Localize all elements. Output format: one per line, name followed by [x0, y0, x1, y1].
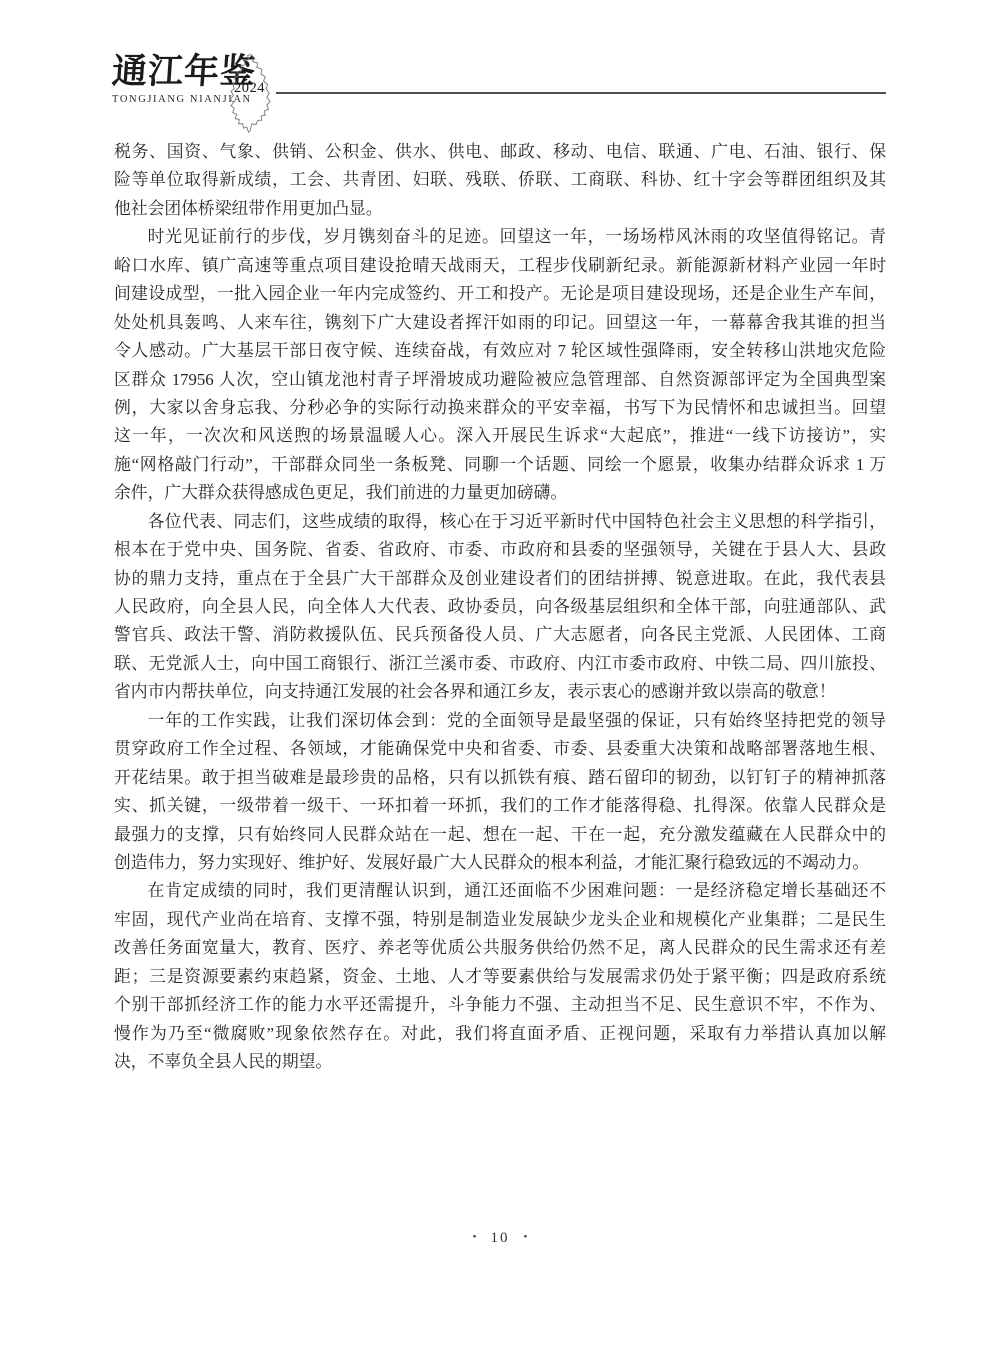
text-line: 实、抓关键，一级带着一级干、一环扣着一环抓，我们的工作才能落得稳、扎得深。依靠人…	[114, 792, 886, 820]
text-line: 各位代表、同志们，这些成绩的取得，核心在于习近平新时代中国特色社会主义思想的科学…	[114, 508, 886, 536]
text-line: 贯穿政府工作全过程、各领域，才能确保党中央和省委、市委、县委重大决策和战略部署落…	[114, 735, 886, 763]
page-header: 通江年鉴 TONGJIANG NIANJIAN 2024	[0, 0, 1000, 140]
text-line: 区群众 17956 人次，空山镇龙池村青子坪滑坡成功避险被应急管理部、自然资源部…	[114, 366, 886, 394]
page-number: 10	[491, 1230, 510, 1246]
text-line: 距；三是资源要素约束趋紧，资金、土地、人才等要素供给与发展需求仍处于紧平衡；四是…	[114, 963, 886, 991]
text-line: 开花结果。敢于担当破难是最珍贵的品格，只有以抓铁有痕、踏石留印的韧劲，以钉钉子的…	[114, 764, 886, 792]
text-line: 峪口水库、镇广高速等重点项目建设抢晴天战雨天，工程步伐刷新纪录。新能源新材料产业…	[114, 252, 886, 280]
page-number-dot-right: •	[524, 1231, 528, 1243]
text-line: 创造伟力，努力实现好、维护好、发展好最广大人民群众的根本利益，才能汇聚行稳致远的…	[114, 849, 886, 877]
header-rule	[276, 92, 886, 94]
paragraph: 各位代表、同志们，这些成绩的取得，核心在于习近平新时代中国特色社会主义思想的科学…	[114, 508, 886, 707]
text-line: 最强力的支撑，只有始终同人民群众站在一起、想在一起、干在一起，充分激发蕴藏在人民…	[114, 821, 886, 849]
paragraph: 时光见证前行的步伐，岁月镌刻奋斗的足迹。回望这一年，一场场栉风沐雨的攻坚值得铭记…	[114, 223, 886, 507]
text-line: 牢固，现代产业尚在培育、支撑不强，特别是制造业发展缺少龙头企业和规模化产业集群；…	[114, 906, 886, 934]
text-line: 余件，广大群众获得感成色更足，我们前进的力量更加磅礴。	[114, 479, 886, 507]
text-line: 决，不辜负全县人民的期望。	[114, 1048, 886, 1076]
text-line: 慢作为乃至“微腐败”现象依然存在。对此，我们将直面矛盾、正视问题，采取有力举措认…	[114, 1020, 886, 1048]
text-line: 施“网格敲门行动”，干部群众同坐一条板凳、同聊一个话题、同绘一个愿景，收集办结群…	[114, 451, 886, 479]
text-line: 协的鼎力支持，重点在于全县广大干部群众及创业建设者们的团结拼搏、锐意进取。在此，…	[114, 565, 886, 593]
text-line: 税务、国资、气象、供销、公积金、供水、供电、邮政、移动、电信、联通、广电、石油、…	[114, 138, 886, 166]
text-line: 个别干部抓经济工作的能力水平还需提升，斗争能力不强、主动担当不足、民生意识不牢，…	[114, 991, 886, 1019]
text-line: 省内市内帮扶单位，向支持通江发展的社会各界和通江乡友，表示衷心的感谢并致以崇高的…	[114, 678, 886, 706]
text-line: 例，大家以舍身忘我、分秒必争的实际行动换来群众的平安幸福，书写下为民情怀和忠诚担…	[114, 394, 886, 422]
document-body: 税务、国资、气象、供销、公积金、供水、供电、邮政、移动、电信、联通、广电、石油、…	[114, 138, 886, 1076]
text-line: 改善任务面宽量大，教育、医疗、养老等优质公共服务供给仍然不足，离人民群众的民生需…	[114, 934, 886, 962]
page-number-dot-left: •	[473, 1231, 477, 1243]
text-line: 联、无党派人士，向中国工商银行、浙江兰溪市委、市政府、内江市委市政府、中铁二局、…	[114, 650, 886, 678]
text-line: 一年的工作实践，让我们深切体会到：党的全面领导是最坚强的保证，只有始终坚持把党的…	[114, 707, 886, 735]
text-line: 令人感动。广大基层干部日夜守候、连续奋战，有效应对 7 轮区域性强降雨，安全转移…	[114, 337, 886, 365]
logo-year-badge: 2024	[234, 80, 265, 97]
text-line: 警官兵、政法干警、消防救援队伍、民兵预备役人员、广大志愿者，向各民主党派、人民团…	[114, 621, 886, 649]
text-line: 险等单位取得新成绩，工会、共青团、妇联、残联、侨联、工商联、科协、红十字会等群团…	[114, 166, 886, 194]
page-footer: •10•	[0, 1230, 1000, 1247]
text-line: 时光见证前行的步伐，岁月镌刻奋斗的足迹。回望这一年，一场场栉风沐雨的攻坚值得铭记…	[114, 223, 886, 251]
text-line: 根本在于党中央、国务院、省委、省政府、市委、市政府和县委的坚强领导，关键在于县人…	[114, 536, 886, 564]
paragraph: 税务、国资、气象、供销、公积金、供水、供电、邮政、移动、电信、联通、广电、石油、…	[114, 138, 886, 223]
county-map-icon: 2024	[226, 52, 276, 134]
text-line: 在肯定成绩的同时，我们更清醒认识到，通江还面临不少困难问题：一是经济稳定增长基础…	[114, 877, 886, 905]
text-line: 这一年，一次次和风送煦的场景温暖人心。深入开展民生诉求“大起底”，推进“一线下访…	[114, 422, 886, 450]
paragraph: 一年的工作实践，让我们深切体会到：党的全面领导是最坚强的保证，只有始终坚持把党的…	[114, 707, 886, 878]
paragraph: 在肯定成绩的同时，我们更清醒认识到，通江还面临不少困难问题：一是经济稳定增长基础…	[114, 877, 886, 1076]
text-line: 人民政府，向全县人民，向全体人大代表、政协委员，向各级基层组织和全体干部，向驻通…	[114, 593, 886, 621]
text-line: 处处机具轰鸣、人来车往，镌刻下广大建设者挥汗如雨的印记。回望这一年，一幕幕舍我其…	[114, 309, 886, 337]
text-line: 他社会团体桥梁纽带作用更加凸显。	[114, 195, 886, 223]
text-line: 间建设成型，一批入园企业一年内完成签约、开工和投产。无论是项目建设现场，还是企业…	[114, 280, 886, 308]
